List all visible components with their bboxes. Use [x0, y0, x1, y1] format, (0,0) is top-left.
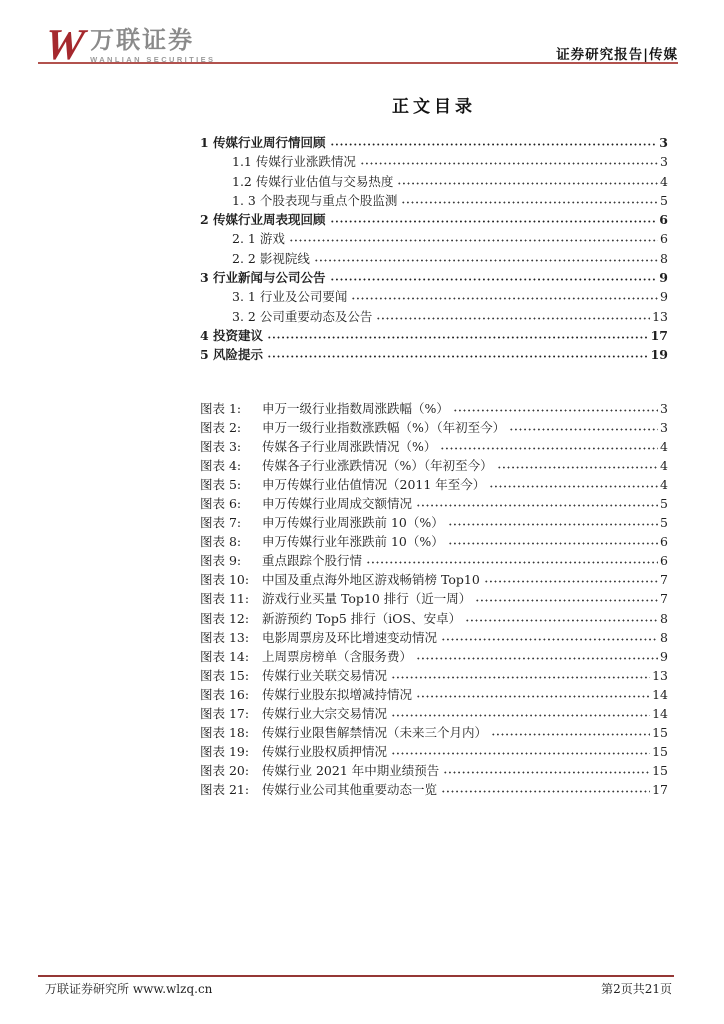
- figure-entry[interactable]: 图表 4:传媒各子行业涨跌情况（%）（年初至今）4: [200, 456, 668, 475]
- page-header: W 万联证券 WANLIAN SECURITIES 证券研究报告|传媒: [45, 24, 678, 64]
- figure-entry-page: 15: [652, 742, 668, 761]
- figure-entry-page: 5: [660, 513, 668, 532]
- figure-entry-number: 图表 15:: [200, 666, 262, 685]
- figure-entry-page: 3: [660, 399, 668, 418]
- dot-leader: [397, 174, 658, 186]
- figure-entry-number: 图表 21:: [200, 780, 262, 799]
- figure-entry[interactable]: 图表 7:申万传媒行业周涨跌前 10（%）5: [200, 513, 668, 532]
- dot-leader: [484, 572, 658, 584]
- report-type-tag: 证券研究报告|传媒: [556, 43, 678, 64]
- figure-entry-number: 图表 10:: [200, 570, 262, 589]
- figure-entry-title: 游戏行业买量 Top10 排行（近一周）: [262, 589, 471, 608]
- dot-leader: [416, 496, 658, 508]
- dot-leader: [443, 763, 650, 775]
- figure-entry[interactable]: 图表 17:传媒行业大宗交易情况14: [200, 704, 668, 723]
- dot-leader: [416, 649, 658, 661]
- toc-entry-page: 13: [652, 307, 668, 326]
- figure-entry-page: 4: [660, 475, 668, 494]
- figure-entry-number: 图表 9:: [200, 551, 262, 570]
- toc-entry-label: 5 风险提示: [200, 345, 263, 364]
- figure-entry[interactable]: 图表 9:重点跟踪个股行情6: [200, 551, 668, 570]
- dot-leader: [441, 630, 658, 642]
- figure-entry[interactable]: 图表 13:电影周票房及环比增速变动情况8: [200, 628, 668, 647]
- figure-entry[interactable]: 图表 14:上周票房榜单（含服务费）9: [200, 647, 668, 666]
- toc-entry[interactable]: 1 传媒行业周行情回顾3: [200, 133, 668, 152]
- toc-entry-label: 3 行业新闻与公司公告: [200, 268, 326, 287]
- toc-entry[interactable]: 2 传媒行业周表现回顾6: [200, 210, 668, 229]
- dot-leader: [441, 782, 650, 794]
- figure-entry-number: 图表 14:: [200, 647, 262, 666]
- dot-leader: [376, 309, 650, 321]
- figure-entry[interactable]: 图表 18:传媒行业限售解禁情况（未来三个月内）15: [200, 723, 668, 742]
- figure-entry-page: 3: [660, 418, 668, 437]
- toc-entry[interactable]: 4 投资建议17: [200, 326, 668, 345]
- figure-entry-title: 传媒各子行业涨跌情况（%）（年初至今）: [262, 456, 493, 475]
- dot-leader: [489, 477, 658, 489]
- dot-leader: [491, 725, 650, 737]
- figure-entry-page: 9: [660, 647, 668, 666]
- figure-entry-number: 图表 17:: [200, 704, 262, 723]
- toc-entry-label: 2 传媒行业周表现回顾: [200, 210, 326, 229]
- figure-entry-page: 6: [660, 551, 668, 570]
- figure-entry-title: 中国及重点海外地区游戏畅销榜 Top10: [262, 570, 480, 589]
- toc-entry[interactable]: 2. 1 游戏6: [200, 229, 668, 248]
- footer-org-and-url: 万联证券研究所 www.wlzq.cn: [45, 980, 212, 997]
- figure-entry-number: 图表 1:: [200, 399, 262, 418]
- figure-entry-title: 传媒行业公司其他重要动态一览: [262, 780, 437, 799]
- figure-entry[interactable]: 图表 19:传媒行业股权质押情况15: [200, 742, 668, 761]
- dot-leader: [465, 611, 658, 623]
- toc-entry-page: 9: [660, 287, 668, 306]
- figure-entry-number: 图表 13:: [200, 628, 262, 647]
- figure-entry-page: 15: [652, 761, 668, 780]
- toc-entry[interactable]: 3. 1 行业及公司要闻9: [200, 287, 668, 306]
- figure-entry[interactable]: 图表 2:申万一级行业指数涨跌幅（%）（年初至今）3: [200, 418, 668, 437]
- toc-entry-page: 8: [660, 249, 668, 268]
- toc-entry-page: 6: [659, 210, 668, 229]
- figure-entry-page: 8: [660, 628, 668, 647]
- figure-entry-number: 图表 18:: [200, 723, 262, 742]
- document-page: W 万联证券 WANLIAN SECURITIES 证券研究报告|传媒 正文目录…: [0, 0, 724, 1024]
- figure-entry-title: 新游预约 Top5 排行（iOS、安卓）: [262, 609, 461, 628]
- logo-w-icon: W: [43, 26, 84, 64]
- dot-leader: [448, 534, 658, 546]
- figure-entry[interactable]: 图表 3:传媒各子行业周涨跌情况（%）4: [200, 437, 668, 456]
- figure-entry-title: 上周票房榜单（含服务费）: [262, 647, 412, 666]
- figure-entry-title: 电影周票房及环比增速变动情况: [262, 628, 437, 647]
- toc-entry-label: 1. 3 个股表现与重点个股监测: [232, 191, 397, 210]
- dot-leader: [366, 553, 658, 565]
- figure-entry-page: 7: [660, 570, 668, 589]
- figure-entry-page: 8: [660, 609, 668, 628]
- toc-entry-page: 6: [660, 229, 668, 248]
- toc-entry-page: 4: [660, 172, 668, 191]
- figure-entry[interactable]: 图表 11:游戏行业买量 Top10 排行（近一周）7: [200, 589, 668, 608]
- figure-entry-number: 图表 7:: [200, 513, 262, 532]
- toc-entry-label: 1 传媒行业周行情回顾: [200, 133, 326, 152]
- logo-text: 万联证券 WANLIAN SECURITIES: [90, 26, 215, 64]
- figure-entry-page: 13: [652, 666, 668, 685]
- dot-leader: [330, 135, 658, 147]
- figure-entry-title: 申万一级行业指数涨跌幅（%）（年初至今）: [262, 418, 505, 437]
- figure-entry[interactable]: 图表 10:中国及重点海外地区游戏畅销榜 Top107: [200, 570, 668, 589]
- dot-leader: [267, 347, 649, 359]
- figure-entry-title: 申万传媒行业年涨跌前 10（%）: [262, 532, 444, 551]
- figure-entry-number: 图表 12:: [200, 609, 262, 628]
- figure-entry-number: 图表 5:: [200, 475, 262, 494]
- figure-entry-number: 图表 8:: [200, 532, 262, 551]
- toc-entry[interactable]: 1. 3 个股表现与重点个股监测5: [200, 191, 668, 210]
- dot-leader: [330, 270, 658, 282]
- figure-entry-page: 4: [660, 437, 668, 456]
- figure-entry-title: 传媒行业限售解禁情况（未来三个月内）: [262, 723, 487, 742]
- figure-entry-title: 申万一级行业指数周涨跌幅（%）: [262, 399, 449, 418]
- toc-entry[interactable]: 3 行业新闻与公司公告9: [200, 268, 668, 287]
- figure-entry[interactable]: 图表 8:申万传媒行业年涨跌前 10（%）6: [200, 532, 668, 551]
- dot-leader: [448, 515, 658, 527]
- toc-entry-label: 1.2 传媒行业估值与交易热度: [232, 172, 393, 191]
- toc-entry-page: 9: [659, 268, 668, 287]
- figure-entry[interactable]: 图表 15:传媒行业关联交易情况13: [200, 666, 668, 685]
- header-divider-line: [38, 62, 678, 64]
- figure-entry-title: 传媒行业股东拟增减持情况: [262, 685, 412, 704]
- toc-entry-page: 5: [660, 191, 668, 210]
- figure-entry[interactable]: 图表 1:申万一级行业指数周涨跌幅（%）3: [200, 399, 668, 418]
- dot-leader: [475, 591, 658, 603]
- figure-entry-number: 图表 20:: [200, 761, 262, 780]
- dot-leader: [440, 439, 658, 451]
- toc-entry-page: 19: [651, 345, 668, 364]
- figure-entry-number: 图表 6:: [200, 494, 262, 513]
- figure-entry-page: 14: [652, 685, 668, 704]
- figure-entry-page: 17: [652, 780, 668, 799]
- toc-entry[interactable]: 1.2 传媒行业估值与交易热度4: [200, 172, 668, 191]
- dot-leader: [391, 668, 650, 680]
- dot-leader: [391, 706, 650, 718]
- figure-entry-number: 图表 3:: [200, 437, 262, 456]
- figure-entry[interactable]: 图表 20:传媒行业 2021 年中期业绩预告15: [200, 761, 668, 780]
- dot-leader: [453, 401, 658, 413]
- dot-leader: [289, 231, 658, 243]
- figure-entry-title: 传媒行业股权质押情况: [262, 742, 387, 761]
- figure-entry-number: 图表 2:: [200, 418, 262, 437]
- toc-entry[interactable]: 2. 2 影视院线8: [200, 249, 668, 268]
- figure-entry-page: 7: [660, 589, 668, 608]
- toc-entry[interactable]: 3. 2 公司重要动态及公告13: [200, 307, 668, 326]
- figure-entry-title: 申万传媒行业周成交额情况: [262, 494, 412, 513]
- figure-entry[interactable]: 图表 6:申万传媒行业周成交额情况5: [200, 494, 668, 513]
- page-title: 正文目录: [200, 92, 668, 117]
- figure-entry[interactable]: 图表 16:传媒行业股东拟增减持情况14: [200, 685, 668, 704]
- figure-entry-title: 申万传媒行业估值情况（2011 年至今）: [262, 475, 485, 494]
- dot-leader: [401, 193, 658, 205]
- dot-leader: [509, 420, 658, 432]
- figure-list: 图表 1:申万一级行业指数周涨跌幅（%）3图表 2:申万一级行业指数涨跌幅（%）…: [200, 399, 668, 799]
- figure-entry-title: 传媒行业 2021 年中期业绩预告: [262, 761, 439, 780]
- figure-entry-page: 14: [652, 704, 668, 723]
- figure-entry-number: 图表 4:: [200, 456, 262, 475]
- toc-entry-label: 1.1 传媒行业涨跌情况: [232, 152, 356, 171]
- figure-entry-page: 15: [652, 723, 668, 742]
- figure-entry-title: 传媒行业关联交易情况: [262, 666, 387, 685]
- figure-entry-title: 传媒各子行业周涨跌情况（%）: [262, 437, 436, 456]
- dot-leader: [416, 687, 650, 699]
- toc-entry[interactable]: 5 风险提示19: [200, 345, 668, 364]
- dot-leader: [330, 212, 658, 224]
- dot-leader: [360, 154, 658, 166]
- figure-entry-number: 图表 19:: [200, 742, 262, 761]
- dot-leader: [497, 458, 658, 470]
- figure-entry-title: 重点跟踪个股行情: [262, 551, 362, 570]
- toc-entry-page: 3: [660, 152, 668, 171]
- toc-entry-label: 2. 2 影视院线: [232, 249, 310, 268]
- toc-entry-label: 3. 2 公司重要动态及公告: [232, 307, 372, 326]
- figure-entry[interactable]: 图表 5:申万传媒行业估值情况（2011 年至今）4: [200, 475, 668, 494]
- dot-leader: [391, 744, 650, 756]
- wanlian-logo: W 万联证券 WANLIAN SECURITIES: [45, 26, 215, 64]
- toc-entry-label: 3. 1 行业及公司要闻: [232, 287, 347, 306]
- footer-divider-line: [38, 975, 674, 977]
- toc-entry-page: 3: [659, 133, 668, 152]
- toc-entry[interactable]: 1.1 传媒行业涨跌情况3: [200, 152, 668, 171]
- figure-entry[interactable]: 图表 12:新游预约 Top5 排行（iOS、安卓）8: [200, 609, 668, 628]
- figure-entry-page: 4: [660, 456, 668, 475]
- logo-name-cn: 万联证券: [90, 28, 215, 54]
- figure-entry-number: 图表 16:: [200, 685, 262, 704]
- figure-entry-title: 申万传媒行业周涨跌前 10（%）: [262, 513, 444, 532]
- footer-page-indicator: 第2页共21页: [601, 980, 672, 997]
- toc-entry-label: 4 投资建议: [200, 326, 263, 345]
- figure-entry-title: 传媒行业大宗交易情况: [262, 704, 387, 723]
- dot-leader: [351, 289, 658, 301]
- toc-entry-page: 17: [651, 326, 668, 345]
- toc-entry-label: 2. 1 游戏: [232, 229, 285, 248]
- figure-entry-number: 图表 11:: [200, 589, 262, 608]
- figure-entry-page: 6: [660, 532, 668, 551]
- figure-entry-page: 5: [660, 494, 668, 513]
- figure-entry[interactable]: 图表 21:传媒行业公司其他重要动态一览17: [200, 780, 668, 799]
- toc-list: 1 传媒行业周行情回顾31.1 传媒行业涨跌情况31.2 传媒行业估值与交易热度…: [200, 133, 668, 365]
- dot-leader: [267, 328, 649, 340]
- dot-leader: [314, 251, 658, 263]
- page-footer: 万联证券研究所 www.wlzq.cn 第2页共21页: [45, 980, 672, 997]
